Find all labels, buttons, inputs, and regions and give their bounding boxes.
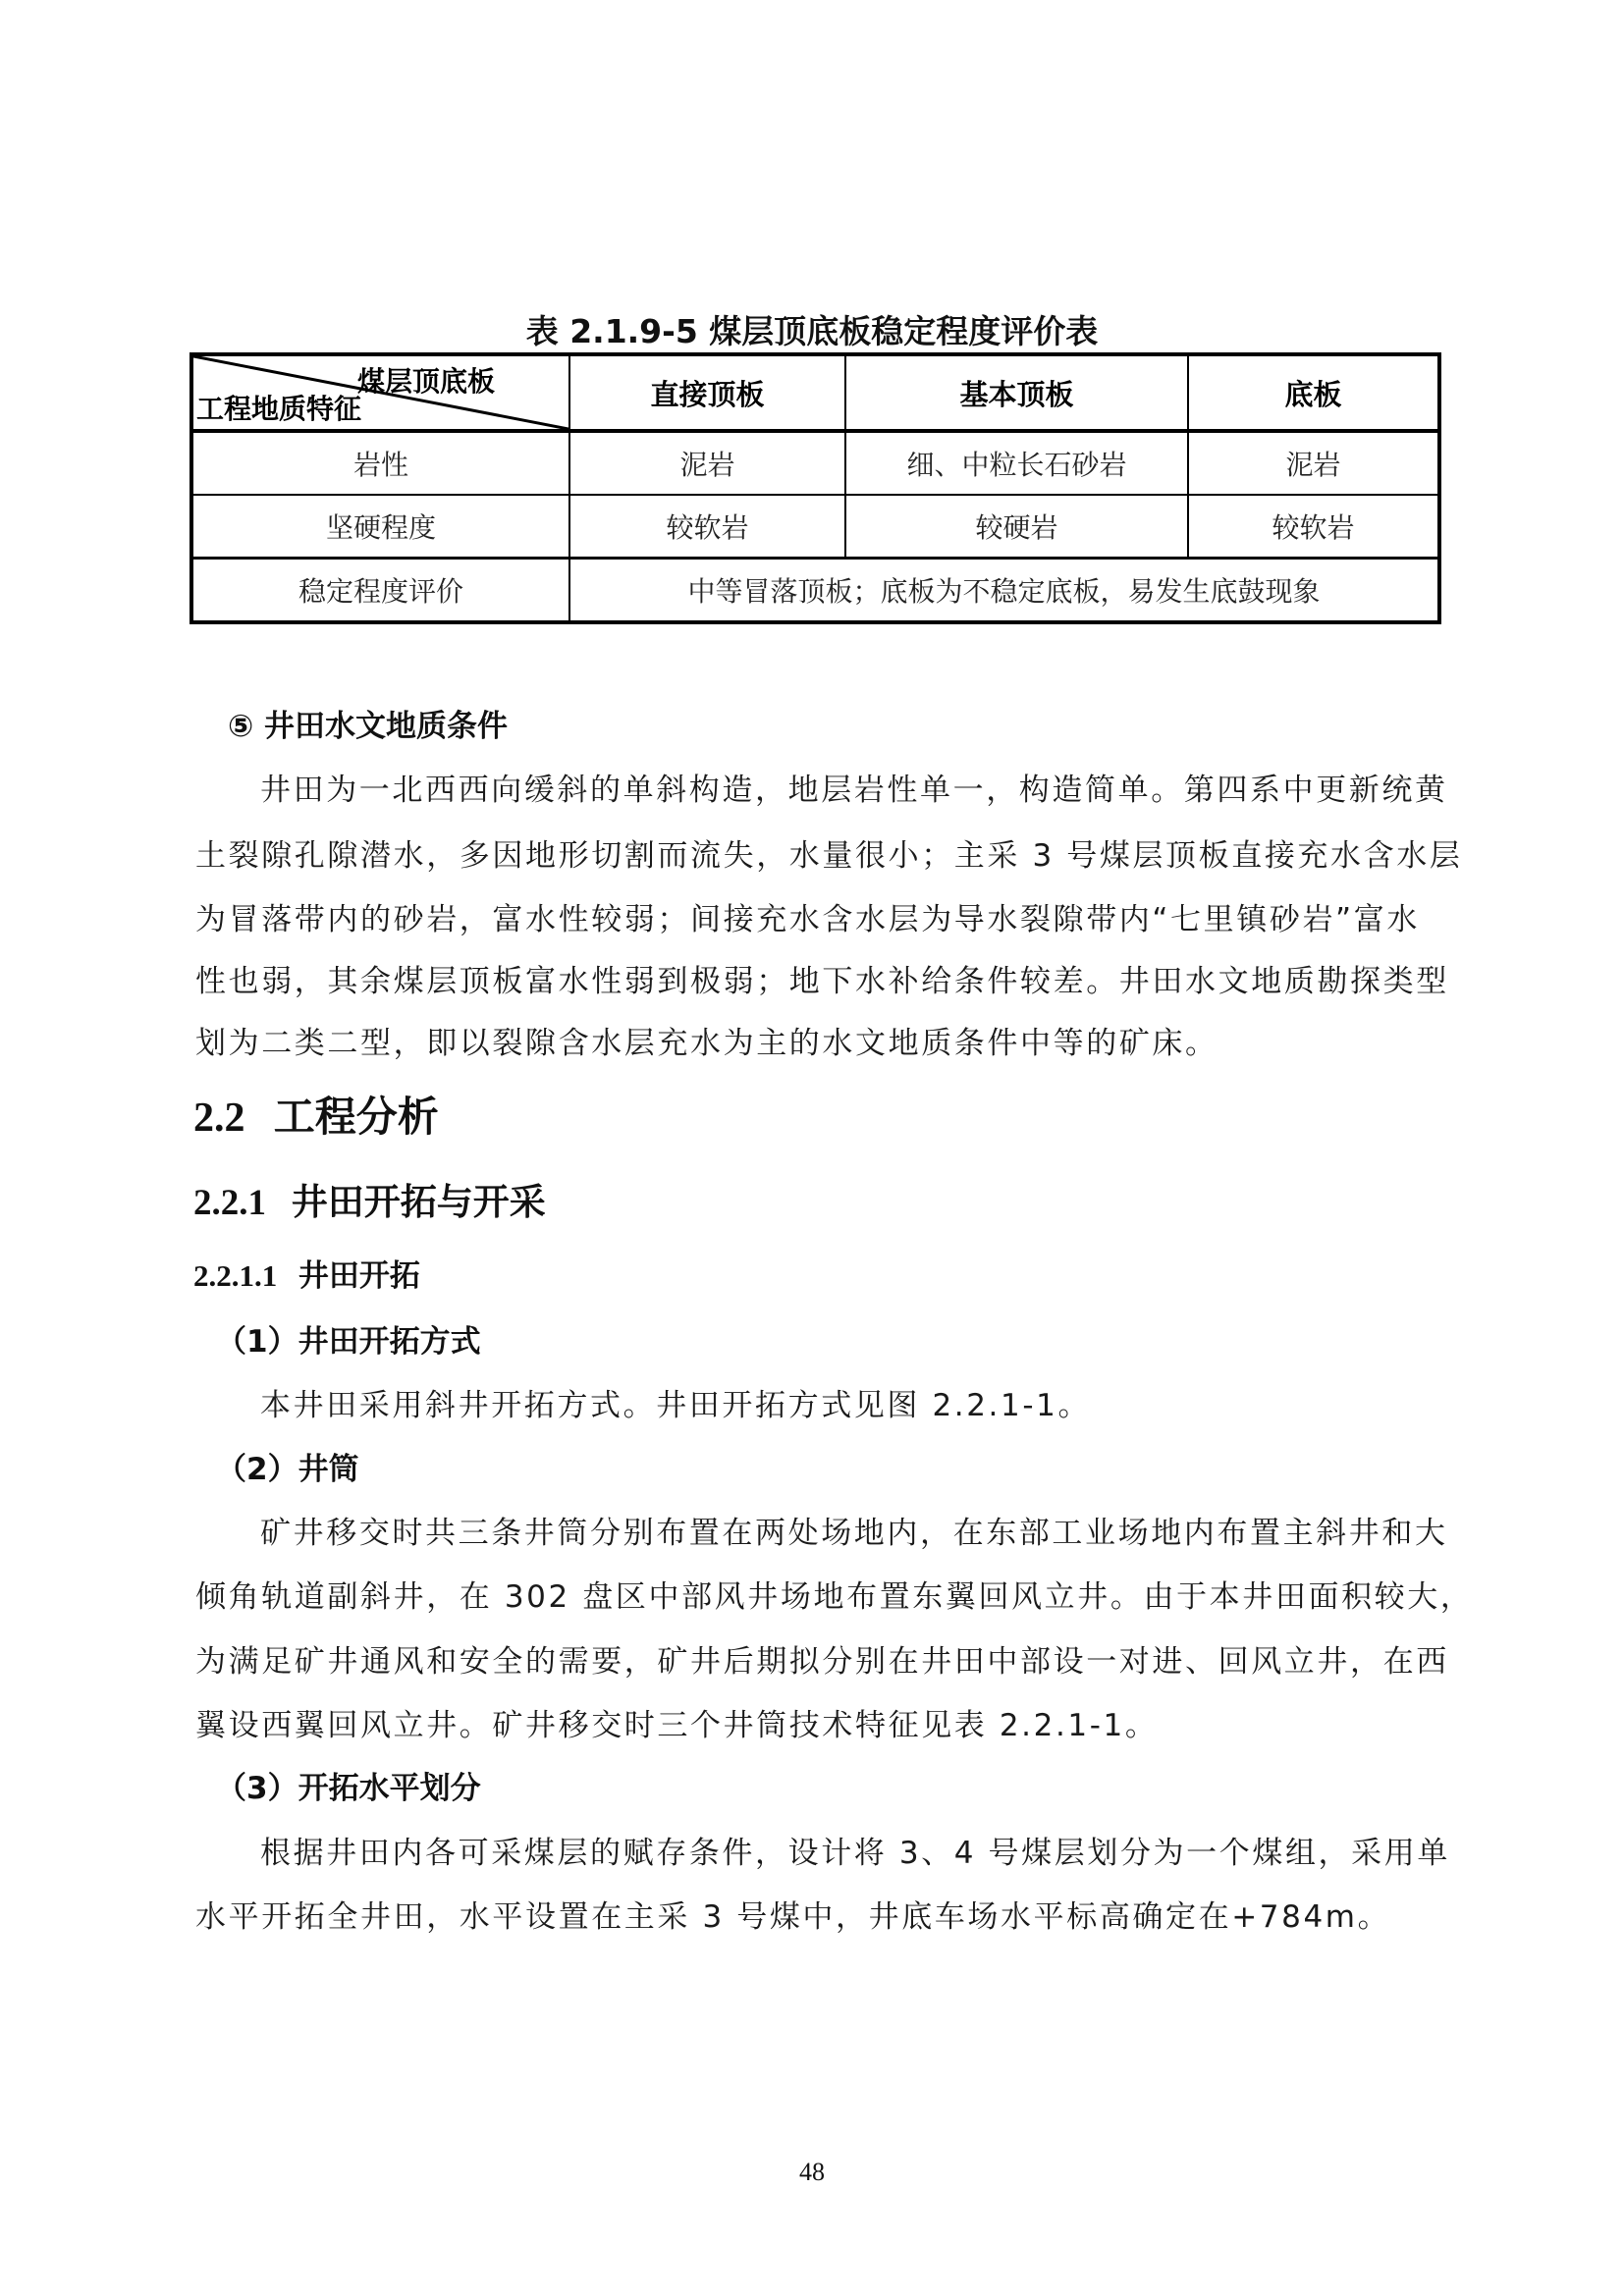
merged-cell: 中等冒落顶板；底板为不稳定底板，易发生底鼓现象 — [569, 559, 1439, 623]
header-floor: 底板 — [1188, 354, 1439, 431]
table-caption: 表 2.1.9-5 煤层顶底板稳定程度评价表 — [0, 314, 1624, 349]
corner-row-label: 工程地质特征 — [196, 388, 361, 427]
section-title: 井田开拓 — [298, 1258, 420, 1294]
table-row: 岩性 泥岩 细、中粒长石砂岩 泥岩 — [191, 431, 1439, 495]
paragraph-line: 倾角轨道副斜井，在 302 盘区中部风井场地布置东翼回风立井。由于本井田面积较大… — [195, 1577, 1473, 1617]
subheading-level-division: （3）开拓水平划分 — [216, 1769, 481, 1808]
row-label: 坚硬程度 — [191, 495, 569, 559]
row-label: 稳定程度评价 — [191, 559, 569, 623]
table-cell: 细、中粒长石砂岩 — [845, 431, 1188, 495]
paragraph-line: 矿井移交时共三条井筒分别布置在两处场地内，在东部工业场地内布置主斜井和大 — [260, 1514, 1448, 1553]
table-cell: 泥岩 — [1188, 431, 1439, 495]
paragraph-line: 本井田采用斜井开拓方式。井田开拓方式见图 2.2.1-1。 — [260, 1386, 1091, 1425]
subheading-shafts: （2）井筒 — [216, 1450, 359, 1489]
table-cell: 较软岩 — [569, 495, 845, 559]
section-heading-2-2-1: 2.2.1 井田开拓与开采 — [193, 1180, 546, 1226]
paragraph-line: 划为二类二型，即以裂隙含水层充水为主的水文地质条件中等的矿床。 — [195, 1024, 1218, 1063]
page-number: 48 — [0, 2158, 1624, 2187]
section-heading-2-2: 2.2 工程分析 — [193, 1093, 439, 1143]
header-main-roof: 基本顶板 — [845, 354, 1188, 431]
table-cell: 泥岩 — [569, 431, 845, 495]
paragraph-line: 水平开拓全井田，水平设置在主采 3 号煤中，井底车场水平标高确定在+784m。 — [195, 1897, 1390, 1937]
diagonal-corner-cell: 煤层顶底板 工程地质特征 — [191, 354, 569, 431]
row-label: 岩性 — [191, 431, 569, 495]
table-cell: 较硬岩 — [845, 495, 1188, 559]
table-row: 坚硬程度 较软岩 较硬岩 较软岩 — [191, 495, 1439, 559]
roof-floor-stability-table: 煤层顶底板 工程地质特征 直接顶板 基本顶板 底板 岩性 泥岩 细、中粒长石砂岩… — [189, 352, 1441, 624]
section-number: 2.2 — [193, 1095, 245, 1141]
subheading-development-method: （1）井田开拓方式 — [216, 1322, 481, 1362]
section-number: 2.2.1 — [193, 1183, 266, 1223]
paragraph-line: 根据井田内各可采煤层的赋存条件，设计将 3、4 号煤层划分为一个煤组，采用单 — [260, 1834, 1450, 1873]
header-direct-roof: 直接顶板 — [569, 354, 845, 431]
table-row: 稳定程度评价 中等冒落顶板；底板为不稳定底板，易发生底鼓现象 — [191, 559, 1439, 623]
paragraph-line: 为冒落带内的砂岩，富水性较弱；间接充水含水层为导水裂隙带内“七里镇砂岩”富水 — [195, 900, 1420, 939]
section-title: 工程分析 — [274, 1093, 439, 1141]
section-title: 井田开拓与开采 — [292, 1181, 546, 1223]
section-heading-2-2-1-1: 2.2.1.1 井田开拓 — [193, 1256, 420, 1296]
paragraph-line: 性也弱，其余煤层顶板富水性弱到极弱；地下水补给条件较差。井田水文地质勘探类型 — [195, 962, 1449, 1001]
corner-column-label: 煤层顶底板 — [357, 360, 495, 400]
section-number: 2.2.1.1 — [193, 1258, 277, 1293]
paragraph-line: 井田为一北西西向缓斜的单斜构造，地层岩性单一，构造简单。第四系中更新统黄 — [260, 771, 1448, 810]
paragraph-line: 土裂隙孔隙潜水，多因地形切割而流失，水量很小；主采 3 号煤层顶板直接充水含水层 — [195, 836, 1462, 876]
paragraph-line: 为满足矿井通风和安全的需要，矿井后期拟分别在井田中部设一对进、回风立井，在西 — [195, 1642, 1449, 1682]
paragraph-line: 翼设西翼回风立井。矿井移交时三个井筒技术特征见表 2.2.1-1。 — [195, 1706, 1158, 1745]
table-header-row: 煤层顶底板 工程地质特征 直接顶板 基本顶板 底板 — [191, 354, 1439, 431]
table-cell: 较软岩 — [1188, 495, 1439, 559]
section-heading-hydrogeology: ⑤ 井田水文地质条件 — [228, 707, 508, 746]
